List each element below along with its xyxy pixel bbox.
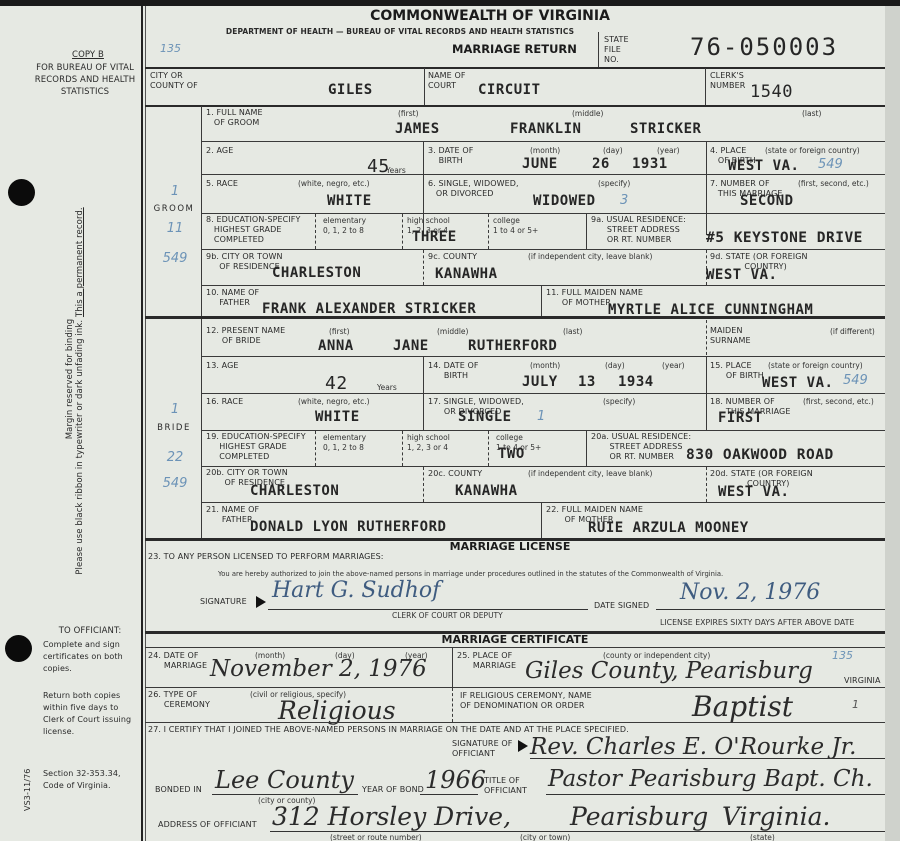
rule — [202, 285, 885, 286]
divider — [424, 68, 425, 106]
race-hint: (white, negro, etc.) — [298, 397, 370, 406]
divider — [423, 250, 424, 285]
f16-label: 16. RACE — [206, 397, 243, 407]
f25-label: 25. PLACE OF MARRIAGE — [457, 651, 516, 671]
f9a-label: 9a. USUAL RESIDENCE: STREET ADDRESS OR R… — [591, 215, 686, 245]
groom-race: WHITE — [327, 193, 372, 209]
city-county-value: GILES — [328, 82, 373, 98]
bond-year-label: YEAR OF BOND — [362, 785, 424, 795]
rule — [202, 356, 885, 357]
rule — [202, 393, 885, 394]
marriage-place[interactable]: Giles County, Pearisburg — [525, 658, 813, 684]
divider — [402, 214, 403, 249]
specify-hint: (specify) — [603, 397, 635, 406]
state-caption: (state) — [750, 833, 775, 841]
rule — [202, 174, 885, 175]
day-hint: (day) — [603, 146, 623, 155]
divider — [315, 214, 316, 249]
day-hint: (day) — [605, 361, 625, 370]
groom-last-name: STRICKER — [630, 121, 701, 137]
f14-label: 14. DATE OF BIRTH — [428, 361, 479, 381]
margin-rule-inner — [145, 6, 146, 841]
bonded-label: BONDED IN — [155, 785, 202, 795]
officiant-signature-line — [530, 758, 885, 759]
f23-label: 23. TO ANY PERSON LICENSED TO PERFORM MA… — [148, 552, 384, 562]
address-city[interactable]: Pearisburg — [570, 802, 708, 831]
bride-city: CHARLESTON — [250, 483, 339, 499]
rule — [145, 105, 885, 107]
address-line — [270, 831, 885, 832]
year-hint: (year) — [662, 361, 685, 370]
groom-middle-name: FRANKLIN — [510, 121, 581, 137]
certificate-heading: MARRIAGE CERTIFICATE — [390, 633, 640, 646]
denomination-pen: 1 — [852, 698, 859, 711]
f4-hint: (state or foreign country) — [765, 146, 860, 155]
f24-label: 24. DATE OF MARRIAGE — [148, 651, 207, 671]
groom-city: CHARLESTON — [272, 265, 361, 281]
number-hint: (first, second, etc.) — [798, 179, 869, 188]
ceremony-type[interactable]: Religious — [278, 696, 396, 725]
bride-age-suffix: Years — [377, 383, 397, 392]
divider — [598, 32, 599, 68]
bonded-line — [212, 794, 358, 795]
bride-section-label: BRIDE — [148, 423, 200, 433]
date-line — [656, 609, 888, 610]
bride-first-name: ANNA — [318, 338, 354, 354]
divider — [586, 214, 587, 249]
specify-hint: (specify) — [598, 179, 630, 188]
first-hint: (first) — [398, 109, 419, 118]
address-street[interactable]: 312 Horsley Drive, — [272, 802, 511, 831]
groom-pen-3: 549 — [160, 251, 190, 266]
city-county-label: CITY ORCOUNTY OF — [150, 71, 198, 91]
bride-father: DONALD LYON RUTHERFORD — [250, 519, 446, 535]
bride-status: SINGLE — [458, 409, 512, 425]
groom-status-pen: 3 — [620, 193, 628, 208]
bride-county: KANAWHA — [455, 483, 518, 499]
bride-education: TWO — [498, 446, 525, 462]
divider — [402, 431, 403, 466]
form-code: VS3-11/76 — [23, 751, 33, 811]
groom-first-name: JAMES — [395, 121, 440, 137]
f13-label: 13. AGE — [206, 361, 239, 371]
rule — [202, 430, 885, 431]
ink-instructions: Please use black ribbon in typewriter or… — [75, 176, 85, 606]
groom-state: WEST VA. — [706, 267, 777, 283]
groom-dob-day: 26 — [592, 156, 610, 172]
groom-section-label: GROOM — [148, 204, 200, 214]
middle-hint: (middle) — [572, 109, 603, 118]
f20c-label: 20c. COUNTY — [428, 469, 482, 479]
department-line: DEPARTMENT OF HEALTH — BUREAU OF VITAL R… — [175, 27, 625, 37]
ink-note: Please use black ribbon in typewriter or… — [75, 320, 85, 575]
permanent-note: This a permanent record. — [75, 207, 85, 317]
bride-pen-2: 22 — [160, 450, 190, 465]
groom-pen-2: 11 — [160, 221, 190, 236]
rule — [145, 687, 885, 688]
clerk-number-value: 1540 — [750, 82, 793, 102]
high-school-hint: high school1, 2, 3 or 4 — [407, 433, 450, 453]
last-hint: (last) — [563, 327, 582, 336]
bonded-in[interactable]: Lee County — [215, 766, 354, 794]
place-state: VIRGINIA — [844, 676, 881, 686]
divider — [488, 431, 489, 466]
maiden-hint: (if different) — [830, 327, 875, 336]
divider — [315, 431, 316, 466]
f6-label: 6. SINGLE, WIDOWED, OR DIVORCED — [428, 179, 519, 199]
elementary-hint: elementary0, 1, 2 to 8 — [323, 216, 366, 236]
groom-education: THREE — [412, 229, 457, 245]
copy-for-text: FOR BUREAU OF VITAL RECORDS AND HEALTH S… — [30, 62, 140, 98]
divider — [705, 68, 706, 106]
address-label: ADDRESS OF OFFICIANT — [158, 820, 257, 830]
section-divider — [201, 319, 202, 539]
binding-note: Margin reserved for binding — [65, 299, 75, 459]
state-file-label: STATEFILENO. — [604, 35, 629, 65]
divider — [706, 357, 707, 431]
bride-age: 42 — [325, 373, 348, 394]
divider — [488, 214, 489, 249]
rule — [202, 249, 885, 250]
bride-birthplace: WEST VA. — [762, 375, 833, 391]
middle-hint: (middle) — [437, 327, 468, 336]
f2-label: 2. AGE — [206, 146, 233, 156]
bride-birthplace-pen: 549 — [843, 373, 868, 388]
f8-label: 8. EDUCATION-SPECIFY HIGHEST GRADE COMPL… — [206, 215, 301, 245]
rule — [145, 722, 885, 723]
f20a-label: 20a. USUAL RESIDENCE: STREET ADDRESS OR … — [591, 432, 691, 462]
expiry-note: LICENSE EXPIRES SIXTY DAYS AFTER ABOVE D… — [660, 618, 854, 627]
bride-dob-year: 1934 — [618, 374, 654, 390]
f5-label: 5. RACE — [206, 179, 238, 189]
college-hint: college1 to 4 or 5+ — [493, 216, 538, 236]
title-line — [546, 794, 885, 795]
f12-label: 12. PRESENT NAME OF BRIDE — [206, 326, 285, 346]
bride-status-pen: 1 — [537, 409, 545, 424]
denomination-label: IF RELIGIOUS CEREMONY, NAMEOF DENOMINATI… — [460, 691, 592, 711]
signature-label: SIGNATURE — [200, 597, 247, 607]
date-signed[interactable]: Nov. 2, 1976 — [680, 580, 820, 605]
clerk-signature[interactable]: Hart G. Sudhof — [272, 578, 440, 603]
rule — [202, 502, 885, 503]
clerk-number-label: CLERK'SNUMBER — [710, 71, 745, 91]
groom-birthplace-pen: 549 — [818, 157, 843, 172]
race-hint: (white, negro, etc.) — [298, 179, 370, 188]
binding-hole-top — [8, 179, 35, 206]
bride-last-name: RUTHERFORD — [468, 338, 557, 354]
date-signed-label: DATE SIGNED — [594, 601, 649, 611]
court-value: CIRCUIT — [478, 82, 541, 98]
bride-street: 830 OAKWOOD ROAD — [686, 447, 834, 463]
bride-mother: RUIE ARZULA MOONEY — [588, 520, 749, 536]
officiant-signature-arrow-icon — [518, 740, 528, 752]
last-hint: (last) — [802, 109, 821, 118]
pencil-note: 135 — [160, 42, 181, 55]
divider — [706, 142, 707, 235]
divider — [423, 467, 424, 502]
form-name: MARRIAGE RETURN — [452, 42, 577, 56]
month-hint: (month) — [530, 361, 560, 370]
divider — [706, 467, 707, 502]
marriage-date[interactable]: November 2, 1976 — [210, 656, 427, 682]
bond-year[interactable]: 1966 — [425, 766, 486, 794]
f10-label: 10. NAME OF FATHER — [206, 288, 259, 308]
divider — [706, 320, 707, 355]
divider — [452, 688, 453, 722]
officiant-title[interactable]: Pastor Pearisburg Bapt. Ch. — [548, 766, 873, 792]
bride-state: WEST VA. — [718, 484, 789, 500]
bride-marriage-number: FIRST — [718, 410, 763, 426]
marriage-return-form: COPY B FOR BUREAU OF VITAL RECORDS AND H… — [0, 6, 900, 841]
rule — [145, 647, 885, 648]
officiant-signature[interactable]: Rev. Charles E. O'Rourke Jr. — [530, 734, 856, 760]
bride-pen-3: 549 — [160, 476, 190, 491]
bride-pen-1: 1 — [160, 402, 190, 417]
denomination[interactable]: Baptist — [692, 690, 793, 723]
signature-line — [268, 609, 588, 610]
officiant-signature-label: SIGNATURE OFOFFICIANT — [452, 739, 512, 759]
right-edge — [885, 6, 900, 841]
county-hint: (if independent city, leave blank) — [528, 252, 652, 261]
f9c-label: 9c. COUNTY — [428, 252, 477, 262]
year-hint: (year) — [657, 146, 680, 155]
groom-status: WIDOWED — [533, 193, 596, 209]
rule — [202, 466, 885, 467]
form-title: COMMONWEALTH OF VIRGINIA — [320, 8, 660, 24]
binding-hole-bottom — [5, 635, 32, 662]
f3-label: 3. DATE OF BIRTH — [428, 146, 473, 166]
margin-rule — [141, 6, 143, 841]
groom-father: FRANK ALEXANDER STRICKER — [262, 301, 476, 317]
bride-dob-day: 13 — [578, 374, 596, 390]
officiant-title: TO OFFICIANT: — [40, 626, 140, 636]
signature-arrow-icon — [256, 596, 266, 608]
divider — [586, 431, 587, 466]
bond-year-line — [420, 794, 478, 795]
rule — [145, 67, 885, 69]
license-heading: MARRIAGE LICENSE — [400, 540, 620, 553]
bride-dob-month: JULY — [522, 374, 558, 390]
code-reference: Section 32-353.34, Code of Virginia. — [43, 768, 135, 792]
groom-dob-year: 1931 — [632, 156, 668, 172]
f1-label: 1. FULL NAME OF GROOM — [206, 108, 263, 128]
place-pen: 135 — [832, 649, 853, 662]
court-label: NAME OFCOURT — [428, 71, 466, 91]
rule — [145, 316, 885, 319]
officiant-instructions-1: Complete and sign certificates on both c… — [43, 639, 135, 675]
divider — [452, 648, 453, 687]
title-label: TITLE OFOFFICIANT — [484, 776, 527, 796]
bride-race: WHITE — [315, 409, 360, 425]
signature-caption: CLERK OF COURT OR DEPUTY — [392, 611, 503, 620]
rule — [202, 213, 885, 214]
divider — [541, 503, 542, 538]
f15-hint: (state or foreign country) — [768, 361, 863, 370]
street-caption: (street or route number) — [330, 833, 422, 841]
f26-label: 26. TYPE OF CEREMONY — [148, 690, 210, 710]
first-hint: (first) — [329, 327, 350, 336]
copy-label: COPY B — [38, 50, 138, 60]
groom-pen-1: 1 — [160, 184, 190, 199]
month-hint: (month) — [530, 146, 560, 155]
number-hint: (first, second, etc.) — [803, 397, 874, 406]
bride-middle-name: JANE — [393, 338, 429, 354]
authorization-text: You are hereby authorized to join the ab… — [218, 570, 723, 578]
groom-marriage-number: SECOND — [740, 193, 794, 209]
elementary-hint: elementary0, 1, 2 to 8 — [323, 433, 366, 453]
groom-birthplace: WEST VA. — [728, 158, 799, 174]
f19-label: 19. EDUCATION-SPECIFY HIGHEST GRADE COMP… — [206, 432, 306, 462]
f15-label: 15. PLACE OF BIRTH — [710, 361, 764, 381]
officiant-instructions-2: Return both copies within five days to C… — [43, 690, 135, 738]
divider — [541, 286, 542, 316]
groom-county: KANAWHA — [435, 266, 498, 282]
address-state[interactable]: Virginia. — [722, 802, 831, 831]
city-caption: (city or town) — [520, 833, 570, 841]
state-file-number: 76-050003 — [690, 33, 838, 61]
groom-street: #5 KEYSTONE DRIVE — [706, 230, 863, 246]
divider — [423, 357, 424, 431]
maiden-label: MAIDENSURNAME — [710, 326, 751, 346]
county-hint: (if independent city, leave blank) — [528, 469, 652, 478]
rule — [202, 141, 885, 142]
groom-dob-month: JUNE — [522, 156, 558, 172]
